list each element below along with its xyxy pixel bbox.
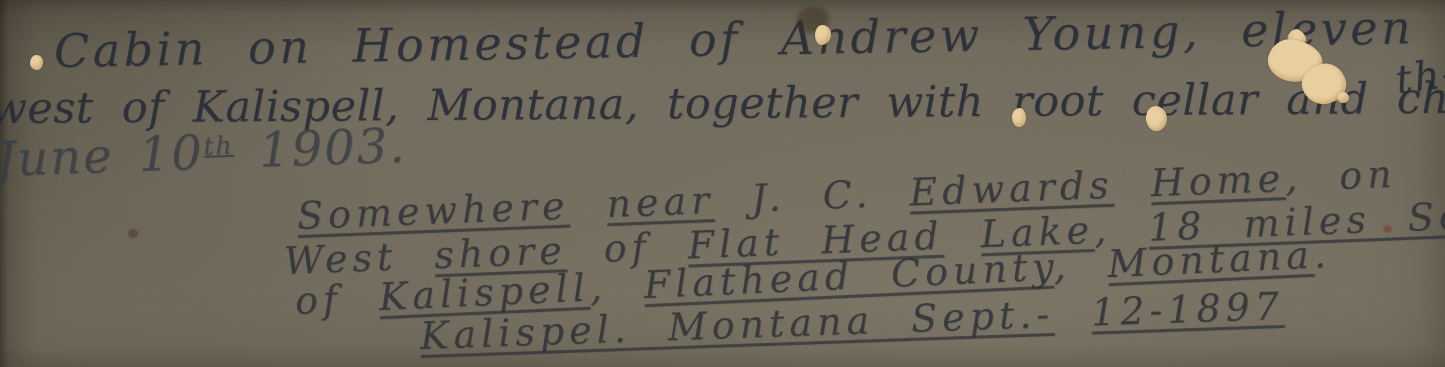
word xyxy=(1053,291,1092,336)
underlined-word: near xyxy=(606,178,715,226)
paper-chip-middle xyxy=(1012,108,1026,127)
paper-chip-left xyxy=(30,55,43,70)
underlined-word: 12-1897 xyxy=(1090,284,1284,335)
caption-1903-date-ordinal: th xyxy=(203,131,234,161)
underlined-word: Home xyxy=(1150,156,1286,205)
word: , xyxy=(589,263,645,309)
photo-caption-card: Cabin on Homestead of Andrew Young, elev… xyxy=(0,0,1445,367)
caption-1903-date-year: 1903. xyxy=(233,118,408,180)
underlined-word: Edwards xyxy=(909,163,1115,215)
word: , on xyxy=(1284,152,1397,200)
word xyxy=(1113,161,1152,206)
caption-1903-date-prefix: June 10 xyxy=(0,125,205,188)
caption-1903-line-1: Cabin on Homestead of Andrew Young, elev… xyxy=(54,0,1445,78)
word xyxy=(569,182,608,227)
underlined-word: Montana xyxy=(1107,233,1315,286)
word: of xyxy=(294,275,380,323)
word: , xyxy=(1052,242,1108,288)
word: . xyxy=(1313,232,1332,277)
paper-stain-large-dot xyxy=(1337,92,1349,103)
brown-fleck xyxy=(128,229,138,238)
red-speck xyxy=(1383,225,1392,233)
word: J. C. xyxy=(713,170,910,221)
